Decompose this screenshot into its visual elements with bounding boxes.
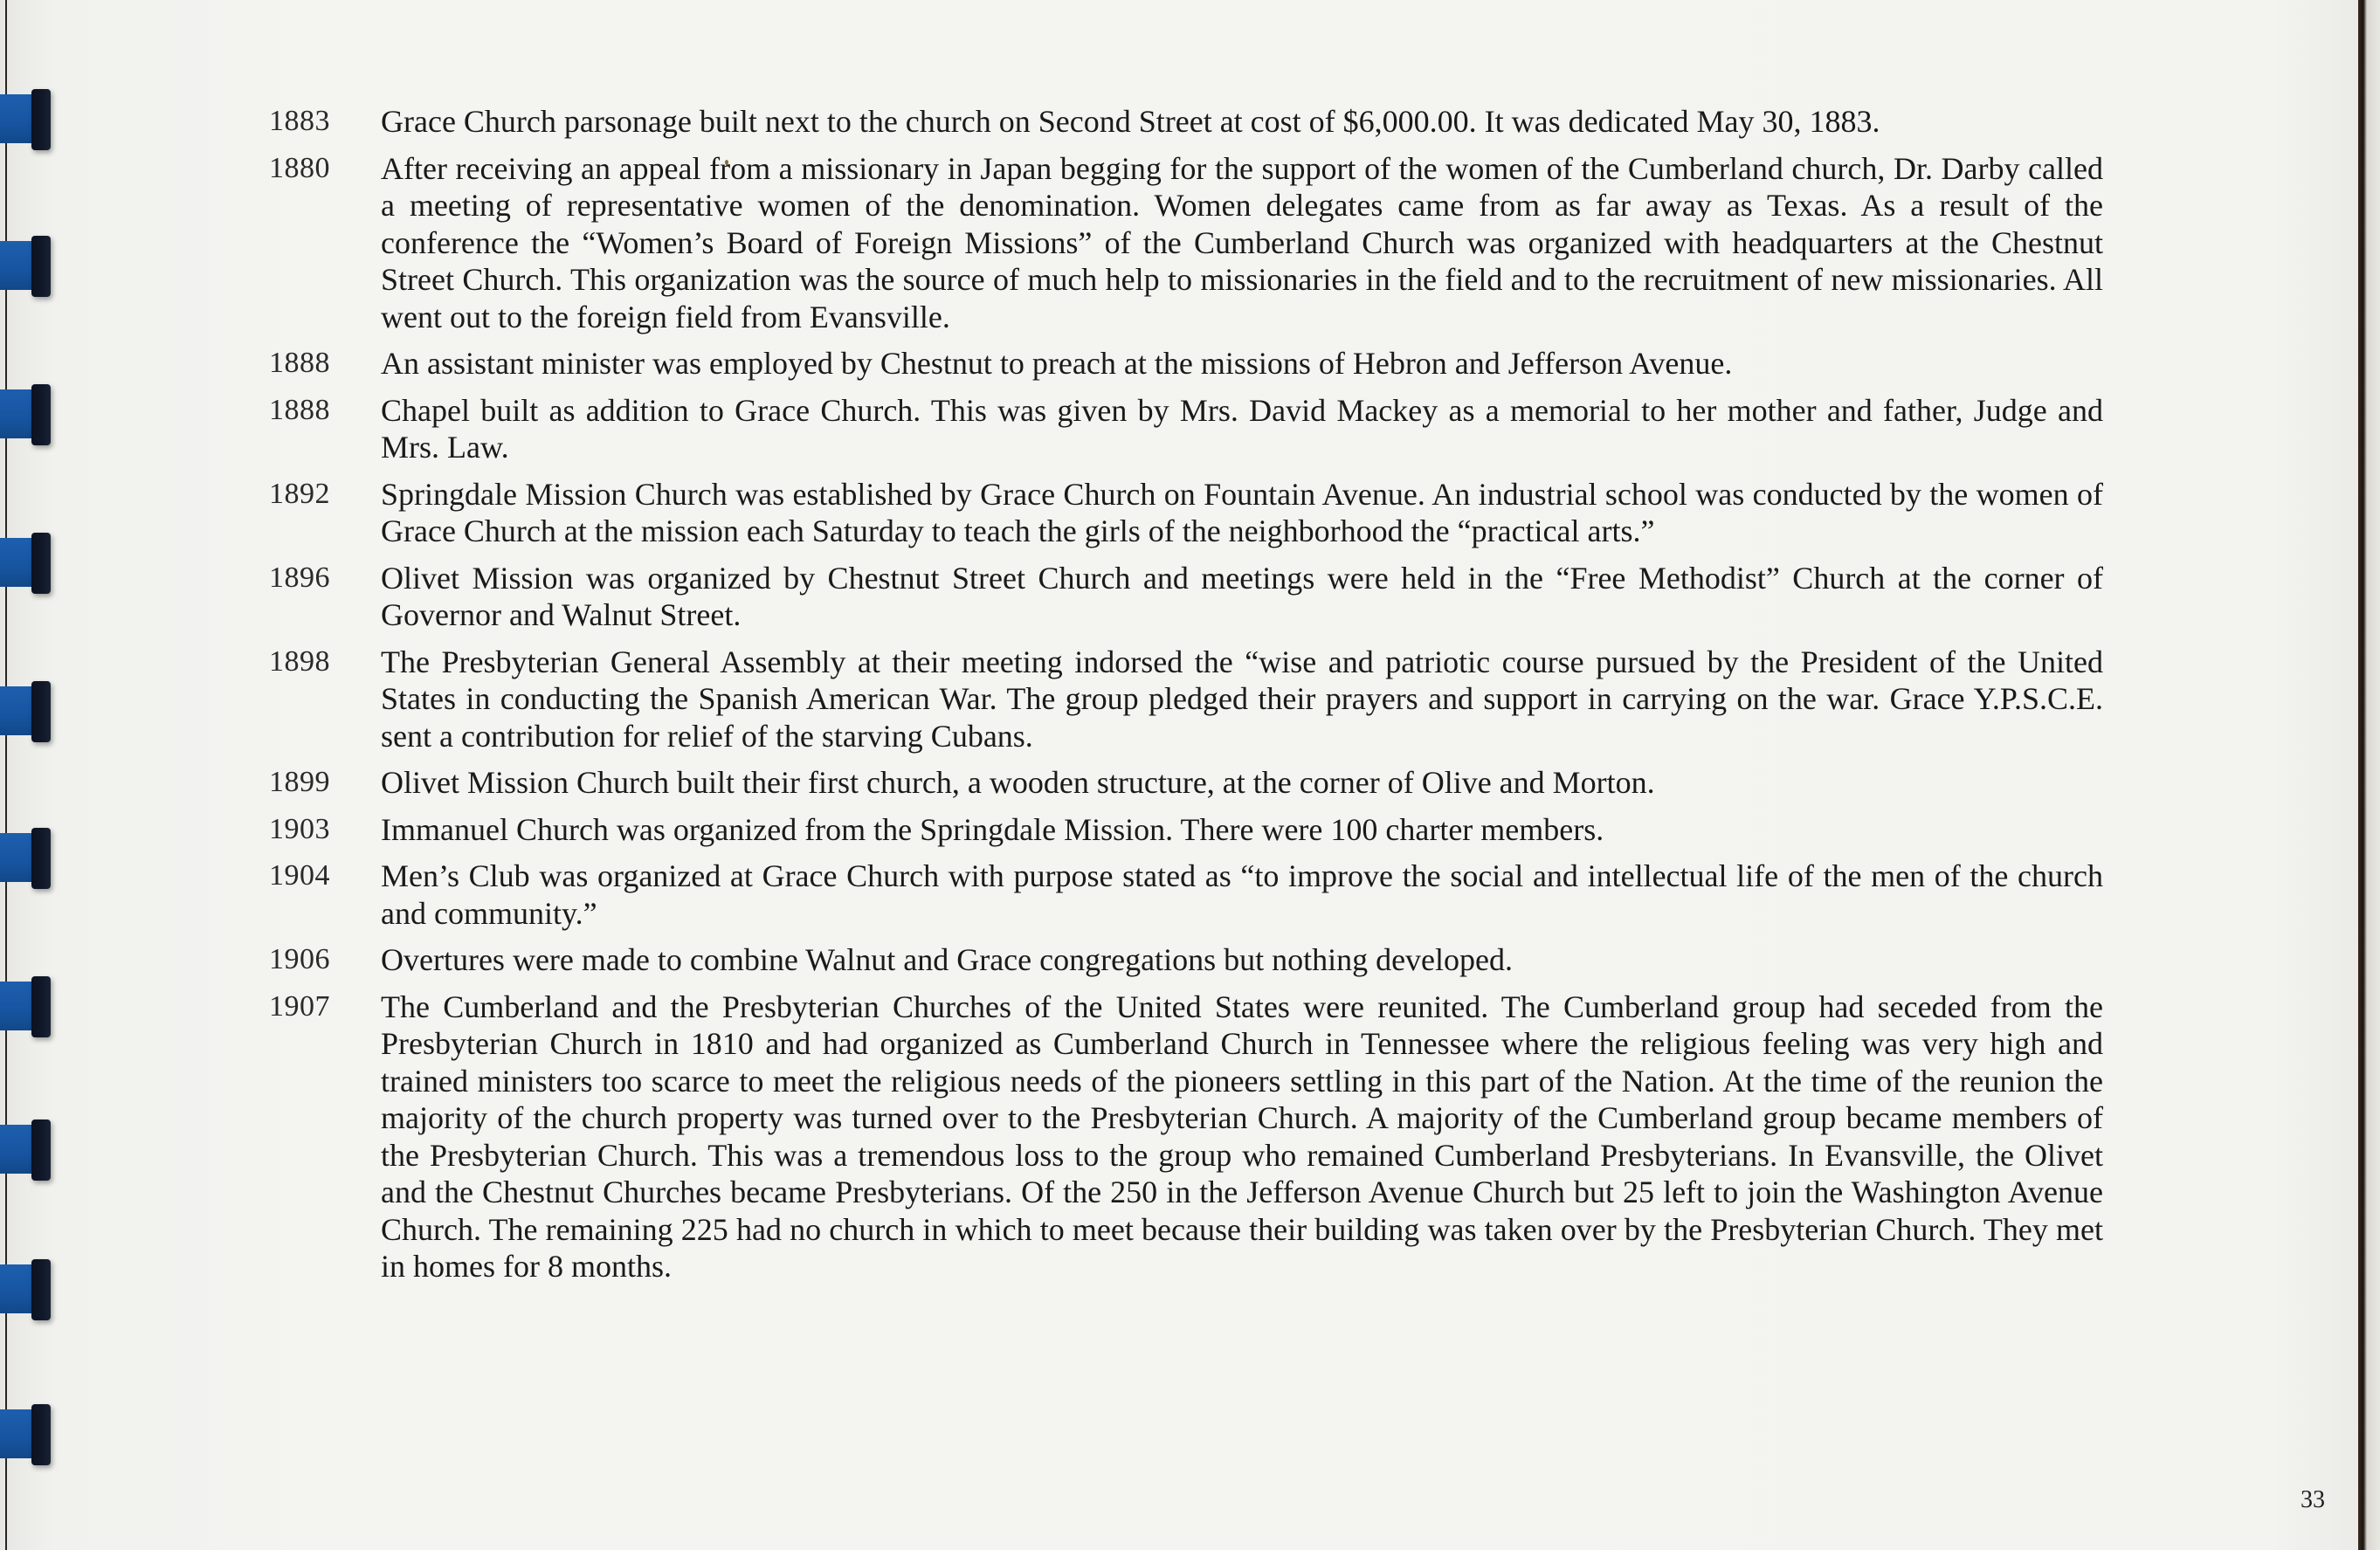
entry-year: 1907 <box>269 989 381 1026</box>
binding-ring-icon <box>0 89 52 147</box>
entry-year: 1904 <box>269 858 381 895</box>
timeline-entry: 1898 The Presbyterian General Assembly a… <box>269 644 2103 755</box>
timeline-entry: 1906 Overtures were made to combine Waln… <box>269 941 2103 979</box>
entry-text: Olivet Mission was organized by Chestnut… <box>381 560 2103 634</box>
page-number: 33 <box>2301 1486 2325 1514</box>
binding-ring-icon <box>0 976 52 1034</box>
timeline-entry: 1883 Grace Church parsonage built next t… <box>269 103 2103 141</box>
timeline-entry: 1888 Chapel built as addition to Grace C… <box>269 392 2103 466</box>
binding-ring-icon <box>0 1404 52 1462</box>
spine-line <box>5 0 7 1550</box>
entry-text: Springdale Mission Church was establishe… <box>381 476 2103 550</box>
timeline-entry: 1880 After receiving an appeal from a mi… <box>269 150 2103 336</box>
timeline-entry: 1899 Olivet Mission Church built their f… <box>269 764 2103 802</box>
entry-text: Men’s Club was organized at Grace Church… <box>381 858 2103 932</box>
entry-text: An assistant minister was employed by Ch… <box>381 345 2103 382</box>
entry-year: 1903 <box>269 811 381 849</box>
binding-ring-icon <box>0 828 52 885</box>
entry-year: 1899 <box>269 764 381 802</box>
entry-text: The Cumberland and the Presbyterian Chur… <box>381 989 2103 1285</box>
entry-year: 1906 <box>269 941 381 979</box>
binding-ring-icon <box>0 1119 52 1177</box>
book-page: 1883 Grace Church parsonage built next t… <box>0 0 2358 1550</box>
timeline-entry: 1892 Springdale Mission Church was estab… <box>269 476 2103 550</box>
timeline-entry: 1907 The Cumberland and the Presbyterian… <box>269 989 2103 1285</box>
entry-text: The Presbyterian General Assembly at the… <box>381 644 2103 755</box>
entry-year: 1896 <box>269 560 381 597</box>
timeline-entry: 1888 An assistant minister was employed … <box>269 345 2103 382</box>
binding-ring-icon <box>0 681 52 739</box>
binding-ring-icon <box>0 384 52 442</box>
entry-year: 1880 <box>269 150 381 188</box>
entry-year: 1892 <box>269 476 381 513</box>
entry-text: Grace Church parsonage built next to the… <box>381 103 2103 141</box>
binding-ring-icon <box>0 1259 52 1317</box>
entry-text: After receiving an appeal from a mission… <box>381 150 2103 336</box>
entry-text: Chapel built as addition to Grace Church… <box>381 392 2103 466</box>
entry-text: Overtures were made to combine Walnut an… <box>381 941 2103 979</box>
binding-ring-icon <box>0 533 52 590</box>
entry-year: 1883 <box>269 103 381 141</box>
timeline: 1883 Grace Church parsonage built next t… <box>269 103 2103 1295</box>
entry-year: 1888 <box>269 392 381 430</box>
binding-ring-icon <box>0 236 52 293</box>
timeline-entry: 1903 Immanuel Church was organized from … <box>269 811 2103 849</box>
entry-year: 1898 <box>269 644 381 681</box>
timeline-entry: 1904 Men’s Club was organized at Grace C… <box>269 858 2103 932</box>
entry-text: Olivet Mission Church built their first … <box>381 764 2103 802</box>
page-edge <box>2358 0 2380 1550</box>
entry-year: 1888 <box>269 345 381 382</box>
entry-text: Immanuel Church was organized from the S… <box>381 811 2103 849</box>
timeline-entry: 1896 Olivet Mission was organized by Che… <box>269 560 2103 634</box>
